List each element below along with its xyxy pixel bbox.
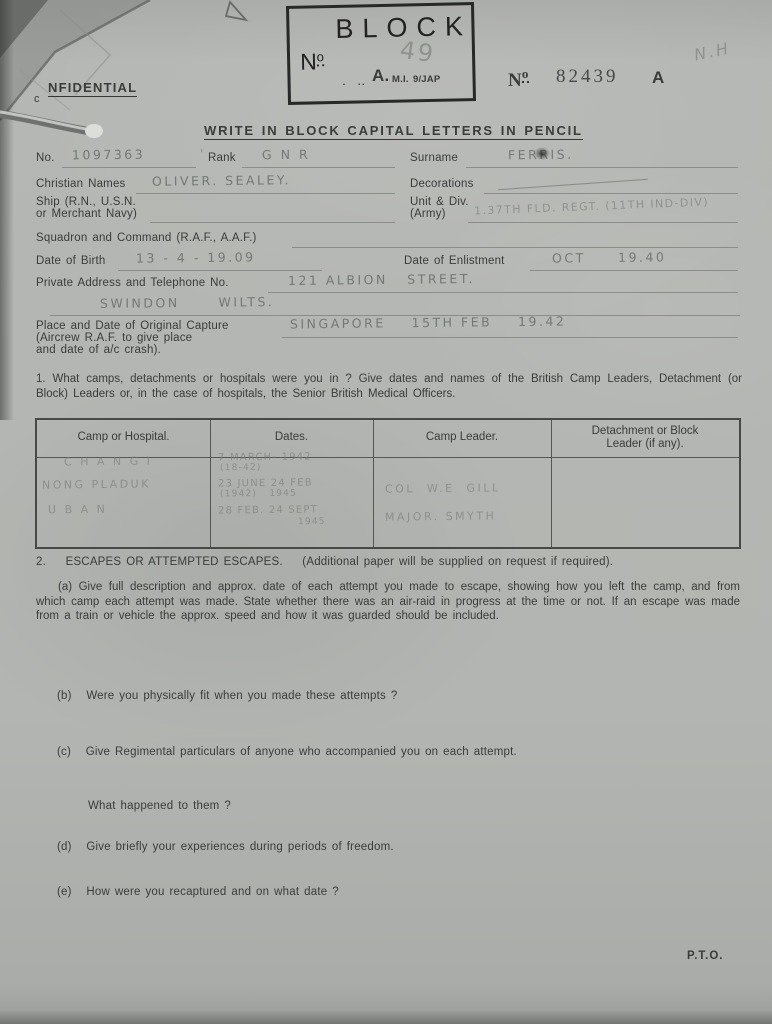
ref-ami: M.I. 9/JAP <box>392 74 440 85</box>
question-2-heading: 2. ESCAPES OR ATTEMPTED ESCAPES. (Additi… <box>36 556 613 568</box>
field-unit-label-1: Unit & Div. <box>410 196 469 208</box>
dates-entry-3: 28 FEB. 24 SEPT <box>218 504 318 516</box>
handwritten-initials: N.H <box>692 38 732 64</box>
question-2c-text: (c) Give Regimental particulars of anyon… <box>57 746 517 758</box>
field-no-label: No. <box>36 152 55 164</box>
question-2d-text: (d) Give briefly your experiences during… <box>57 841 394 853</box>
field-decorations-label: Decorations <box>410 178 474 190</box>
field-surname-line <box>466 152 738 168</box>
field-capture-label-3: and date of a/c crash). <box>36 344 161 356</box>
field-unit-label-2: (Army) <box>410 208 446 220</box>
field-christian-names-label: Christian Names <box>36 178 126 190</box>
field-dob-label: Date of Birth <box>36 255 106 267</box>
field-enlistment-value: OCT 19.40 <box>552 249 667 265</box>
ink-blot <box>534 147 550 160</box>
field-ship-line <box>150 207 395 223</box>
camp-entry-3: U B A N <box>48 503 107 517</box>
dates-entry-3b: 1945 <box>298 517 326 527</box>
camp-entry-2: NONG PLADUK <box>42 477 151 491</box>
bottom-edge-shadow <box>0 1010 772 1024</box>
field-rank-value: G N R <box>262 147 310 163</box>
ref-dots: . .. <box>342 72 365 88</box>
field-dob-value: 13 - 4 - 19.09 <box>136 249 256 265</box>
field-capture-label-1: Place and Date of Original Capture <box>36 320 229 332</box>
leader-entry-1: COL W.E GILL <box>385 481 501 495</box>
table-header-leader: Camp Leader. <box>373 431 551 444</box>
dates-entry-2b: (1942) 1945 <box>220 489 297 500</box>
question-2a-text: (a) Give full description and approx. da… <box>36 580 740 624</box>
scanned-pow-form-page: BLOCK No 49 . .. A. M.I. 9/JAP No 82439 … <box>0 0 772 1024</box>
pto-footer: P.T.O. <box>687 950 723 962</box>
camp-entry-1: C H A N G I <box>64 455 153 469</box>
stamp-no-label: No <box>300 48 324 75</box>
table-header-dates: Dates. <box>210 431 373 444</box>
field-no-value: 1097363 <box>72 147 145 163</box>
confidential-marking: NFIDENTIAL <box>48 80 137 97</box>
field-capture-label-2: (Aircrew R.A.F. to give place <box>36 332 192 344</box>
ref-no-label: No <box>508 66 529 92</box>
field-enlistment-label: Date of Enlistment <box>404 255 505 267</box>
dates-entry-2: 23 JUNE 24 FEB <box>218 478 313 490</box>
question-1-text: 1. What camps, detachments or hospitals … <box>36 372 742 401</box>
field-ship-label-1: Ship (R.N., U.S.N. <box>36 196 136 208</box>
question-2e-text: (e) How were you recaptured and on what … <box>57 886 339 898</box>
ref-a: A. <box>372 66 389 86</box>
ref-suffix: A <box>652 68 664 88</box>
pencil-tick: ' <box>200 146 206 161</box>
field-surname-label: Surname <box>410 152 458 164</box>
stamp-handwritten-number: 49 <box>398 36 437 69</box>
left-edge-shadow <box>0 0 14 420</box>
field-christian-names-value: OLIVER. SEALEY. <box>152 172 291 188</box>
table-header-camp: Camp or Hospital. <box>37 431 210 444</box>
question-2c2-text: What happened to them ? <box>88 800 231 812</box>
form-instruction-heading: WRITE IN BLOCK CAPITAL LETTERS IN PENCIL <box>204 123 583 140</box>
question-2b-text: (b) Were you physically fit when you mad… <box>57 690 397 702</box>
field-address-value-1: 121 ALBION STREET. <box>288 271 475 288</box>
field-capture-value: SINGAPORE 15TH FEB 19.42 <box>290 314 566 332</box>
ref-serial-number: 82439 <box>556 66 619 88</box>
field-squadron-line <box>292 232 738 248</box>
block-number-stamp: BLOCK No <box>286 2 476 105</box>
dates-entry-1: 7 MARCH- 1942 <box>218 452 312 464</box>
field-squadron-label: Squadron and Command (R.A.F., A.A.F.) <box>36 232 257 244</box>
field-address-label: Private Address and Telephone No. <box>36 277 229 289</box>
field-ship-label-2: or Merchant Navy) <box>36 208 137 220</box>
leader-entry-2: MAJOR. SMYTH <box>385 509 496 523</box>
top-edge-fold <box>222 0 262 30</box>
field-address-value-2: SWINDON WILTS. <box>100 294 274 311</box>
field-rank-label: Rank <box>208 152 236 164</box>
dates-entry-1b: (18-42) <box>220 463 262 473</box>
table-header-detachment: Detachment or Block Leader (if any). <box>551 425 739 451</box>
confidential-stub-letter: c <box>34 93 40 105</box>
